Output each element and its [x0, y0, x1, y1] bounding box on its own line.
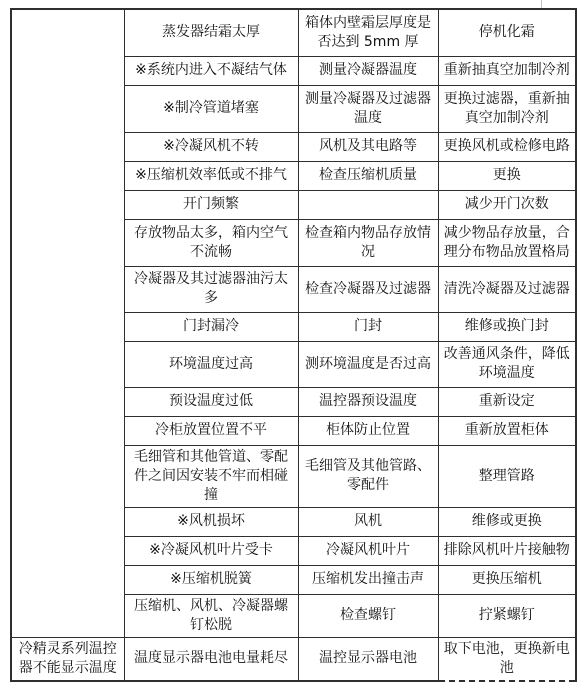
cause-cell: 开门频繁: [124, 190, 298, 219]
check-cell: 冷凝风机叶片: [298, 536, 438, 565]
table-row: 冷精灵系列温控器不能显示温度温度显示器电池电量耗尽温控显示器电池取下电池，更换新…: [11, 637, 576, 681]
cause-cell: 蒸发器结霜太厚: [124, 9, 298, 56]
check-cell: 检查螺钉: [298, 594, 438, 637]
check-cell: 测量冷凝器及过滤器温度: [298, 85, 438, 132]
remedy-cell: 更换: [438, 161, 576, 190]
remedy-cell: 停机化霜: [438, 9, 576, 56]
check-cell: 测环境温度是否过高: [298, 341, 438, 387]
cause-cell: ※系统内进入不凝结气体: [124, 56, 298, 85]
remedy-cell: 拧紧螺钉: [438, 594, 576, 637]
check-cell: 温控显示器电池: [298, 637, 438, 681]
remedy-cell: 更换压缩机: [438, 565, 576, 594]
document-page: 蒸发器结霜太厚箱体内壁霜层厚度是否达到 5mm 厚停机化霜※系统内进入不凝结气体…: [0, 0, 587, 689]
remedy-cell: 改善通风条件，降低环境温度: [438, 341, 576, 387]
cause-cell: 冷柜放置位置不平: [124, 416, 298, 445]
check-cell: 柜体防止位置: [298, 416, 438, 445]
check-cell: 检查压缩机质量: [298, 161, 438, 190]
table-row: 蒸发器结霜太厚箱体内壁霜层厚度是否达到 5mm 厚停机化霜: [11, 9, 576, 56]
check-cell: 检查冷凝器及过滤器: [298, 266, 438, 312]
check-cell: [298, 190, 438, 219]
cause-cell: ※压缩机脱簧: [124, 565, 298, 594]
cause-cell: ※风机损坏: [124, 507, 298, 536]
check-cell: 温控器预设温度: [298, 387, 438, 416]
cause-cell: 存放物品太多，箱内空气不流畅: [124, 219, 298, 266]
remedy-cell: 取下电池，更换新电池: [438, 637, 576, 681]
cause-cell: 预设温度过低: [124, 387, 298, 416]
remedy-cell: 维修或更换: [438, 507, 576, 536]
remedy-cell: 维修或换门封: [438, 312, 576, 341]
remedy-cell: 减少物品存放量，合理分布物品放置格局: [438, 219, 576, 266]
check-cell: 毛细管及其他管路、零配件: [298, 445, 438, 507]
remedy-cell: 更换风机或检修电路: [438, 132, 576, 161]
check-cell: 测量冷凝器温度: [298, 56, 438, 85]
cause-cell: 温度显示器电池电量耗尽: [124, 637, 298, 681]
symptom-cell: 冷精灵系列温控器不能显示温度: [11, 637, 124, 681]
cause-cell: ※压缩机效率低或不排气: [124, 161, 298, 190]
remedy-cell: 更换过滤器，重新抽真空加制冷剂: [438, 85, 576, 132]
remedy-cell: 重新设定: [438, 387, 576, 416]
check-cell: 门封: [298, 312, 438, 341]
check-cell: 箱体内壁霜层厚度是否达到 5mm 厚: [298, 9, 438, 56]
check-cell: 检查箱内物品存放情况: [298, 219, 438, 266]
cause-cell: 冷凝器及其过滤器油污太多: [124, 266, 298, 312]
cause-cell: ※制冷管道堵塞: [124, 85, 298, 132]
cause-cell: ※冷凝风机叶片受卡: [124, 536, 298, 565]
fault-table-body: 蒸发器结霜太厚箱体内壁霜层厚度是否达到 5mm 厚停机化霜※系统内进入不凝结气体…: [11, 9, 576, 681]
remedy-cell: 重新放置柜体: [438, 416, 576, 445]
cause-cell: 压缩机、风机、冷凝器螺钉松脱: [124, 594, 298, 637]
remedy-cell: 排除风机叶片接触物: [438, 536, 576, 565]
remedy-cell: 清洗冷凝器及过滤器: [438, 266, 576, 312]
check-cell: 风机: [298, 507, 438, 536]
check-cell: 压缩机发出撞击声: [298, 565, 438, 594]
remedy-cell: 重新抽真空加制冷剂: [438, 56, 576, 85]
troubleshooting-table: 蒸发器结霜太厚箱体内壁霜层厚度是否达到 5mm 厚停机化霜※系统内进入不凝结气体…: [10, 8, 577, 682]
cause-cell: 环境温度过高: [124, 341, 298, 387]
remedy-cell: 整理管路: [438, 445, 576, 507]
cause-cell: ※冷凝风机不转: [124, 132, 298, 161]
symptom-cell-empty: [11, 9, 124, 637]
cause-cell: 毛细管和其他管道、零配件之间因安装不牢而相碰撞: [124, 445, 298, 507]
remedy-cell: 减少开门次数: [438, 190, 576, 219]
check-cell: 风机及其电路等: [298, 132, 438, 161]
cause-cell: 门封漏冷: [124, 312, 298, 341]
